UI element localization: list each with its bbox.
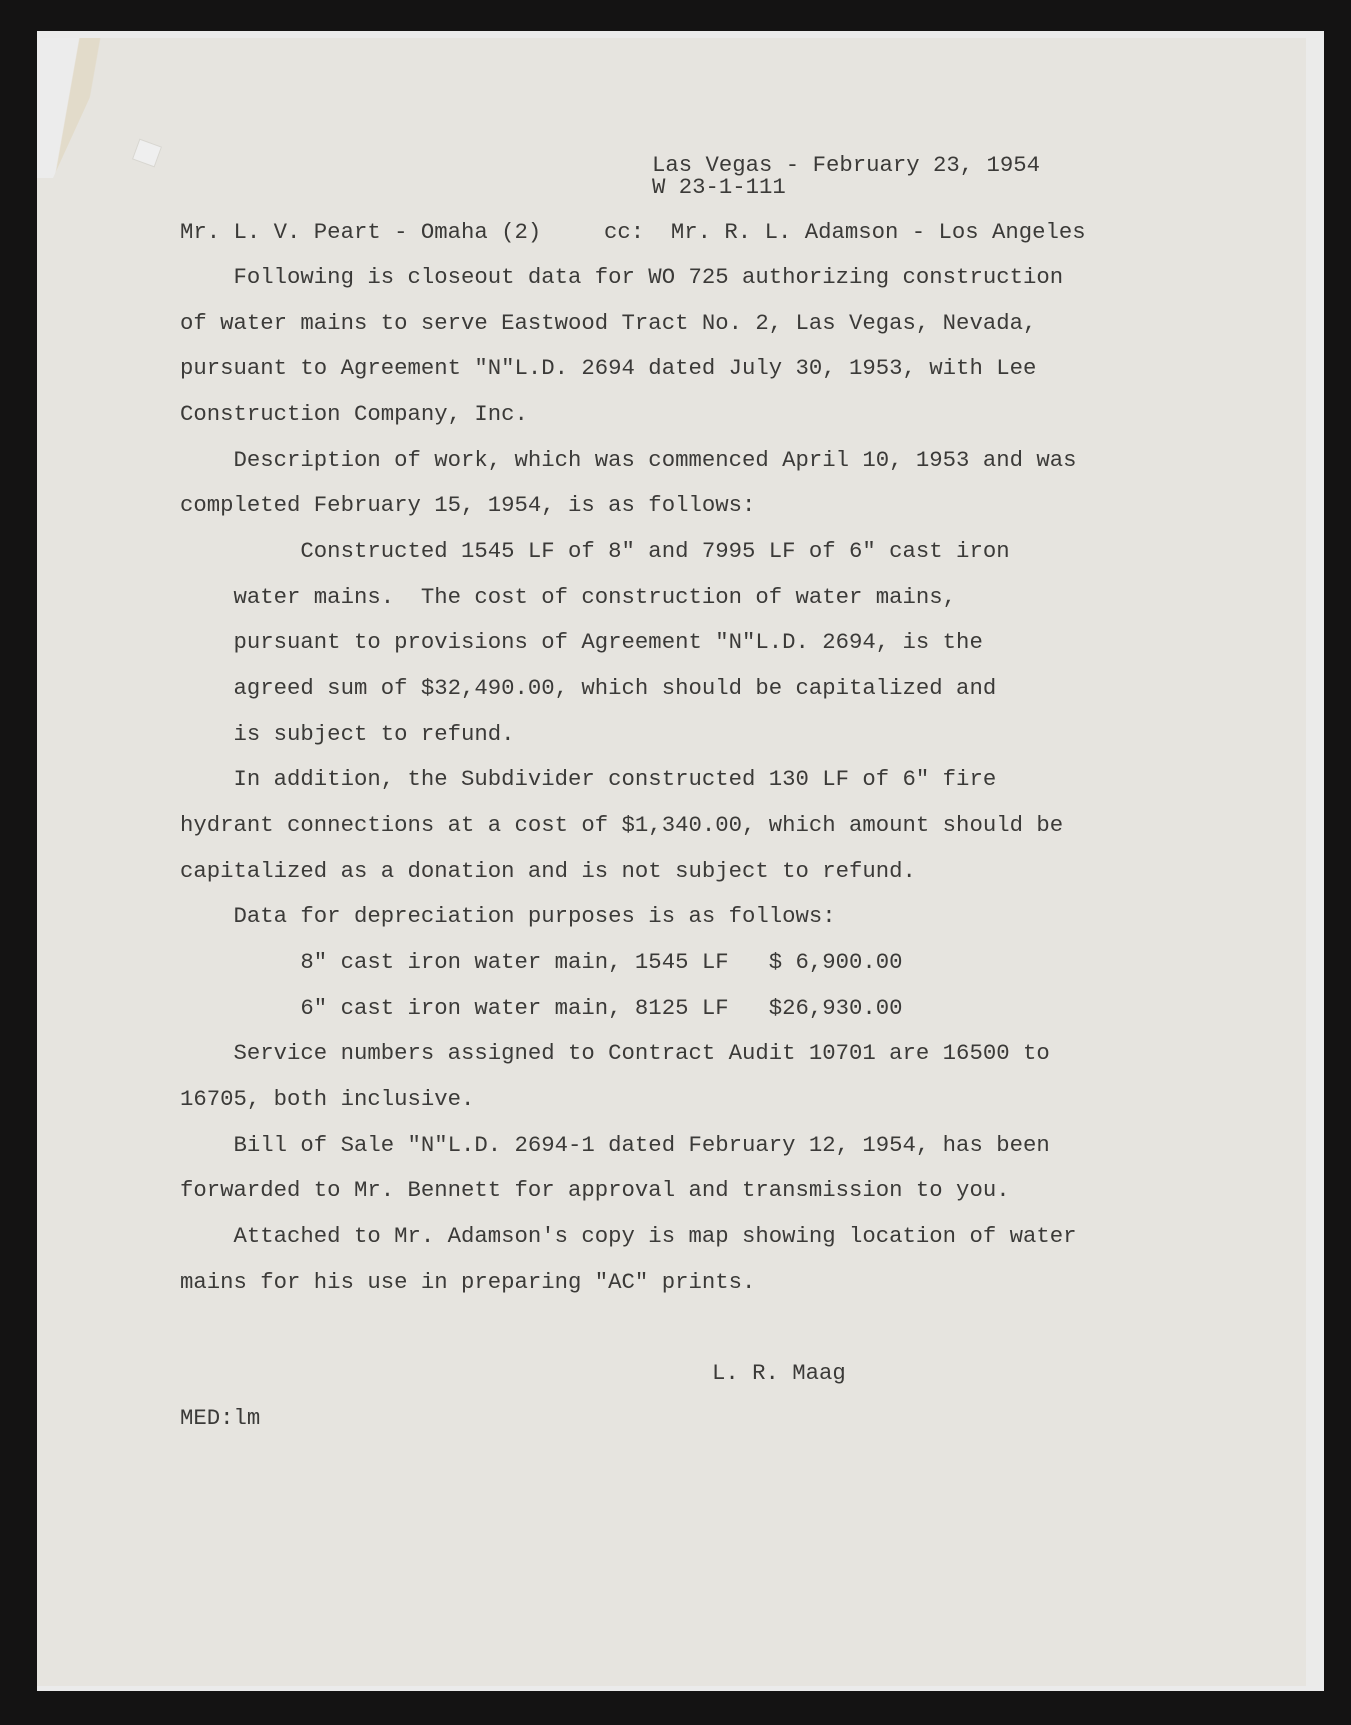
cc-line: cc: Mr. R. L. Adamson - Los Angeles bbox=[604, 219, 1086, 245]
body-line: pursuant to provisions of Agreement "N"L… bbox=[180, 629, 983, 655]
body-line: Description of work, which was commenced… bbox=[180, 447, 1076, 473]
body-line: Following is closeout data for WO 725 au… bbox=[180, 264, 1063, 290]
body-line: forwarded to Mr. Bennett for approval an… bbox=[180, 1177, 1010, 1203]
body-line: agreed sum of $32,490.00, which should b… bbox=[180, 675, 996, 701]
body-line: Constructed 1545 LF of 8" and 7995 LF of… bbox=[180, 538, 1010, 564]
body-line: 16705, both inclusive. bbox=[180, 1086, 474, 1112]
body-line: water mains. The cost of construction of… bbox=[180, 584, 956, 610]
body-line: mains for his use in preparing "AC" prin… bbox=[180, 1269, 755, 1295]
depreciation-row: 6" cast iron water main, 8125 LF $26,930… bbox=[180, 995, 903, 1021]
addressee: Mr. L. V. Peart - Omaha (2) bbox=[180, 219, 541, 245]
body-line: Bill of Sale "N"L.D. 2694-1 dated Februa… bbox=[180, 1132, 1050, 1158]
body-line: pursuant to Agreement "N"L.D. 2694 dated… bbox=[180, 355, 1036, 381]
body-line: hydrant connections at a cost of $1,340.… bbox=[180, 812, 1063, 838]
body-line: Data for depreciation purposes is as fol… bbox=[180, 903, 836, 929]
body-line: completed February 15, 1954, is as follo… bbox=[180, 492, 755, 518]
body-line: Attached to Mr. Adamson's copy is map sh… bbox=[180, 1223, 1076, 1249]
body-line: of water mains to serve Eastwood Tract N… bbox=[180, 310, 1036, 336]
signature: L. R. Maag bbox=[712, 1360, 846, 1386]
body-line: In addition, the Subdivider constructed … bbox=[180, 766, 996, 792]
typist-initials: MED:lm bbox=[180, 1405, 260, 1431]
depreciation-row: 8" cast iron water main, 1545 LF $ 6,900… bbox=[180, 949, 903, 975]
page-edge bbox=[1306, 38, 1320, 1686]
file-reference: W 23-1-111 bbox=[652, 174, 786, 200]
body-line: is subject to refund. bbox=[180, 721, 515, 747]
body-line: Construction Company, Inc. bbox=[180, 401, 528, 427]
body-line: Service numbers assigned to Contract Aud… bbox=[180, 1040, 1050, 1066]
body-line: capitalized as a donation and is not sub… bbox=[180, 858, 916, 884]
